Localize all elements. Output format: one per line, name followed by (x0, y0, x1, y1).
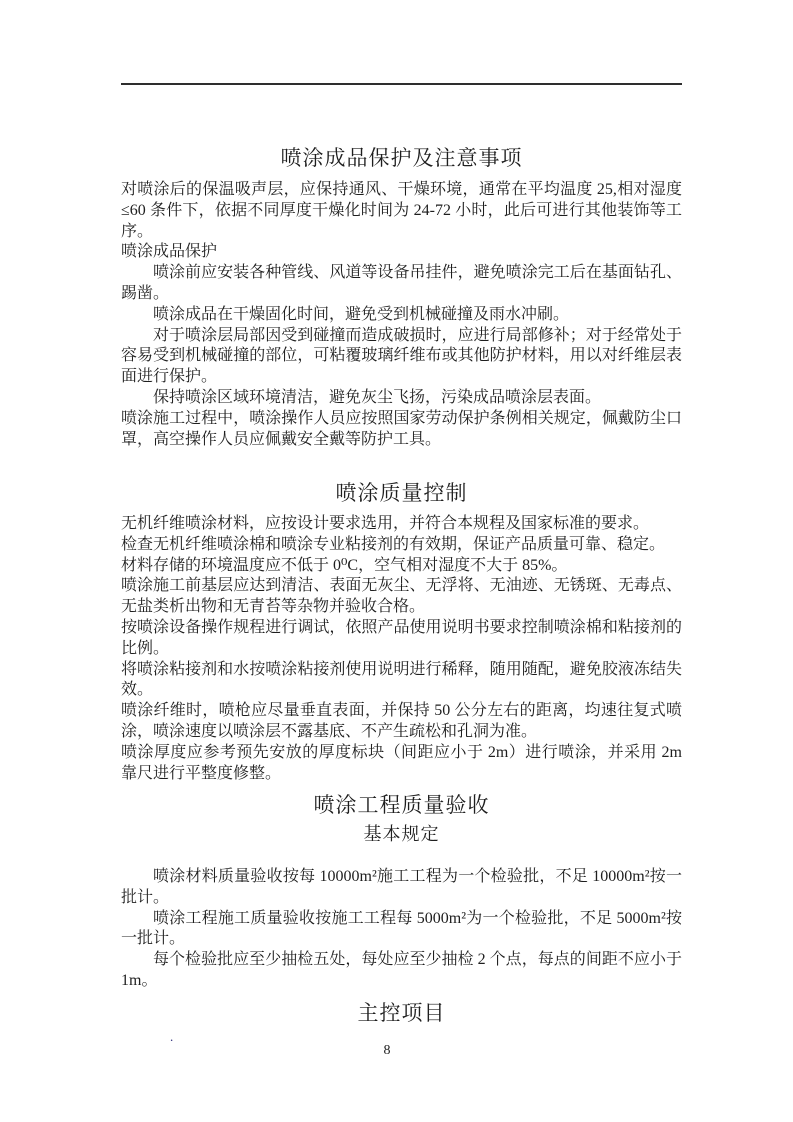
paragraph: 喷涂工程施工质量验收按施工工程每 5000m²为一个检验批，不足 5000m²按… (121, 909, 682, 951)
paragraph: 喷涂施工过程中，喷涂操作人员应按照国家劳动保护条例相关规定，佩戴防尘口罩，高空操… (121, 409, 682, 451)
paragraph: 喷涂材料质量验收按每 10000m²施工工程为一个检验批，不足 10000m²按… (121, 867, 682, 909)
section-paragraphs: 无机纤维喷涂材料，应按设计要求选用，并符合本规程及国家标准的要求。检查无机纤维喷… (121, 514, 682, 784)
page-number: 8 (367, 1042, 407, 1060)
stray-dot: . (170, 1030, 173, 1043)
paragraph: 喷涂前应安装各种管线、风道等设备吊挂件，避免喷涂完工后在基面钻孔、踢凿。 (121, 263, 682, 305)
paragraph: 对于喷涂层局部因受到碰撞而造成破损时，应进行局部修补；对于经常处于容易受到机械碰… (121, 326, 682, 388)
paragraph: 喷涂成品保护 (121, 242, 682, 263)
paragraph: 材料存储的环境温度应不低于 0⁰C，空气相对湿度不大于 85%。 (121, 556, 682, 577)
section: 喷涂工程质量验收基本规定喷涂材料质量验收按每 10000m²施工工程为一个检验批… (121, 793, 682, 992)
paragraph: 喷涂纤维时，喷枪应尽量垂直表面，并保持 50 公分左右的距离，均速往复式喷涂，喷… (121, 701, 682, 743)
header-rule (121, 83, 682, 85)
paragraph: 检查无机纤维喷涂棉和喷涂专业粘接剂的有效期，保证产品质量可靠、稳定。 (121, 535, 682, 556)
section-title: 喷涂质量控制 (121, 481, 682, 505)
paragraph: 喷涂成品在干燥固化时间，避免受到机械碰撞及雨水冲刷。 (121, 305, 682, 326)
section-title: 主控项目 (121, 1001, 682, 1025)
section: 主控项目 (121, 1001, 682, 1025)
section: 喷涂成品保护及注意事项对喷涂后的保温吸声层，应保持通风、干燥环境，通常在平均温度… (121, 146, 682, 450)
section: 喷涂质量控制无机纤维喷涂材料，应按设计要求选用，并符合本规程及国家标准的要求。检… (121, 481, 682, 784)
paragraph: 喷涂厚度应参考预先安放的厚度标块（间距应小于 2m）进行喷涂，并采用 2m 靠尺… (121, 743, 682, 785)
paragraph: 每个检验批应至少抽检五处，每处应至少抽检 2 个点，每点的间距不应小于 1m。 (121, 950, 682, 992)
paragraph: 喷涂施工前基层应达到清洁、表面无灰尘、无浮将、无油迹、无锈斑、无毒点、无盐类析出… (121, 576, 682, 618)
document-page: 喷涂成品保护及注意事项对喷涂后的保温吸声层，应保持通风、干燥环境，通常在平均温度… (0, 0, 793, 1122)
section-paragraphs: 喷涂材料质量验收按每 10000m²施工工程为一个检验批，不足 10000m²按… (121, 867, 682, 992)
section-paragraphs: 对喷涂后的保温吸声层，应保持通风、干燥环境，通常在平均温度 25,相对湿度≤60… (121, 180, 682, 450)
section-subtitle: 基本规定 (121, 824, 682, 844)
paragraph: 保持喷涂区域环境清洁，避免灰尘飞扬，污染成品喷涂层表面。 (121, 388, 682, 409)
paragraph: 将喷涂粘接剂和水按喷涂粘接剂使用说明进行稀释，随用随配，避免胶液冻结失效。 (121, 660, 682, 702)
paragraph: 对喷涂后的保温吸声层，应保持通风、干燥环境，通常在平均温度 25,相对湿度≤60… (121, 180, 682, 242)
section-title: 喷涂工程质量验收 (121, 793, 682, 817)
section-title: 喷涂成品保护及注意事项 (121, 146, 682, 170)
paragraph: 按喷涂设备操作规程进行调试，依照产品使用说明书要求控制喷涂棉和粘接剂的比例。 (121, 618, 682, 660)
paragraph: 无机纤维喷涂材料，应按设计要求选用，并符合本规程及国家标准的要求。 (121, 514, 682, 535)
